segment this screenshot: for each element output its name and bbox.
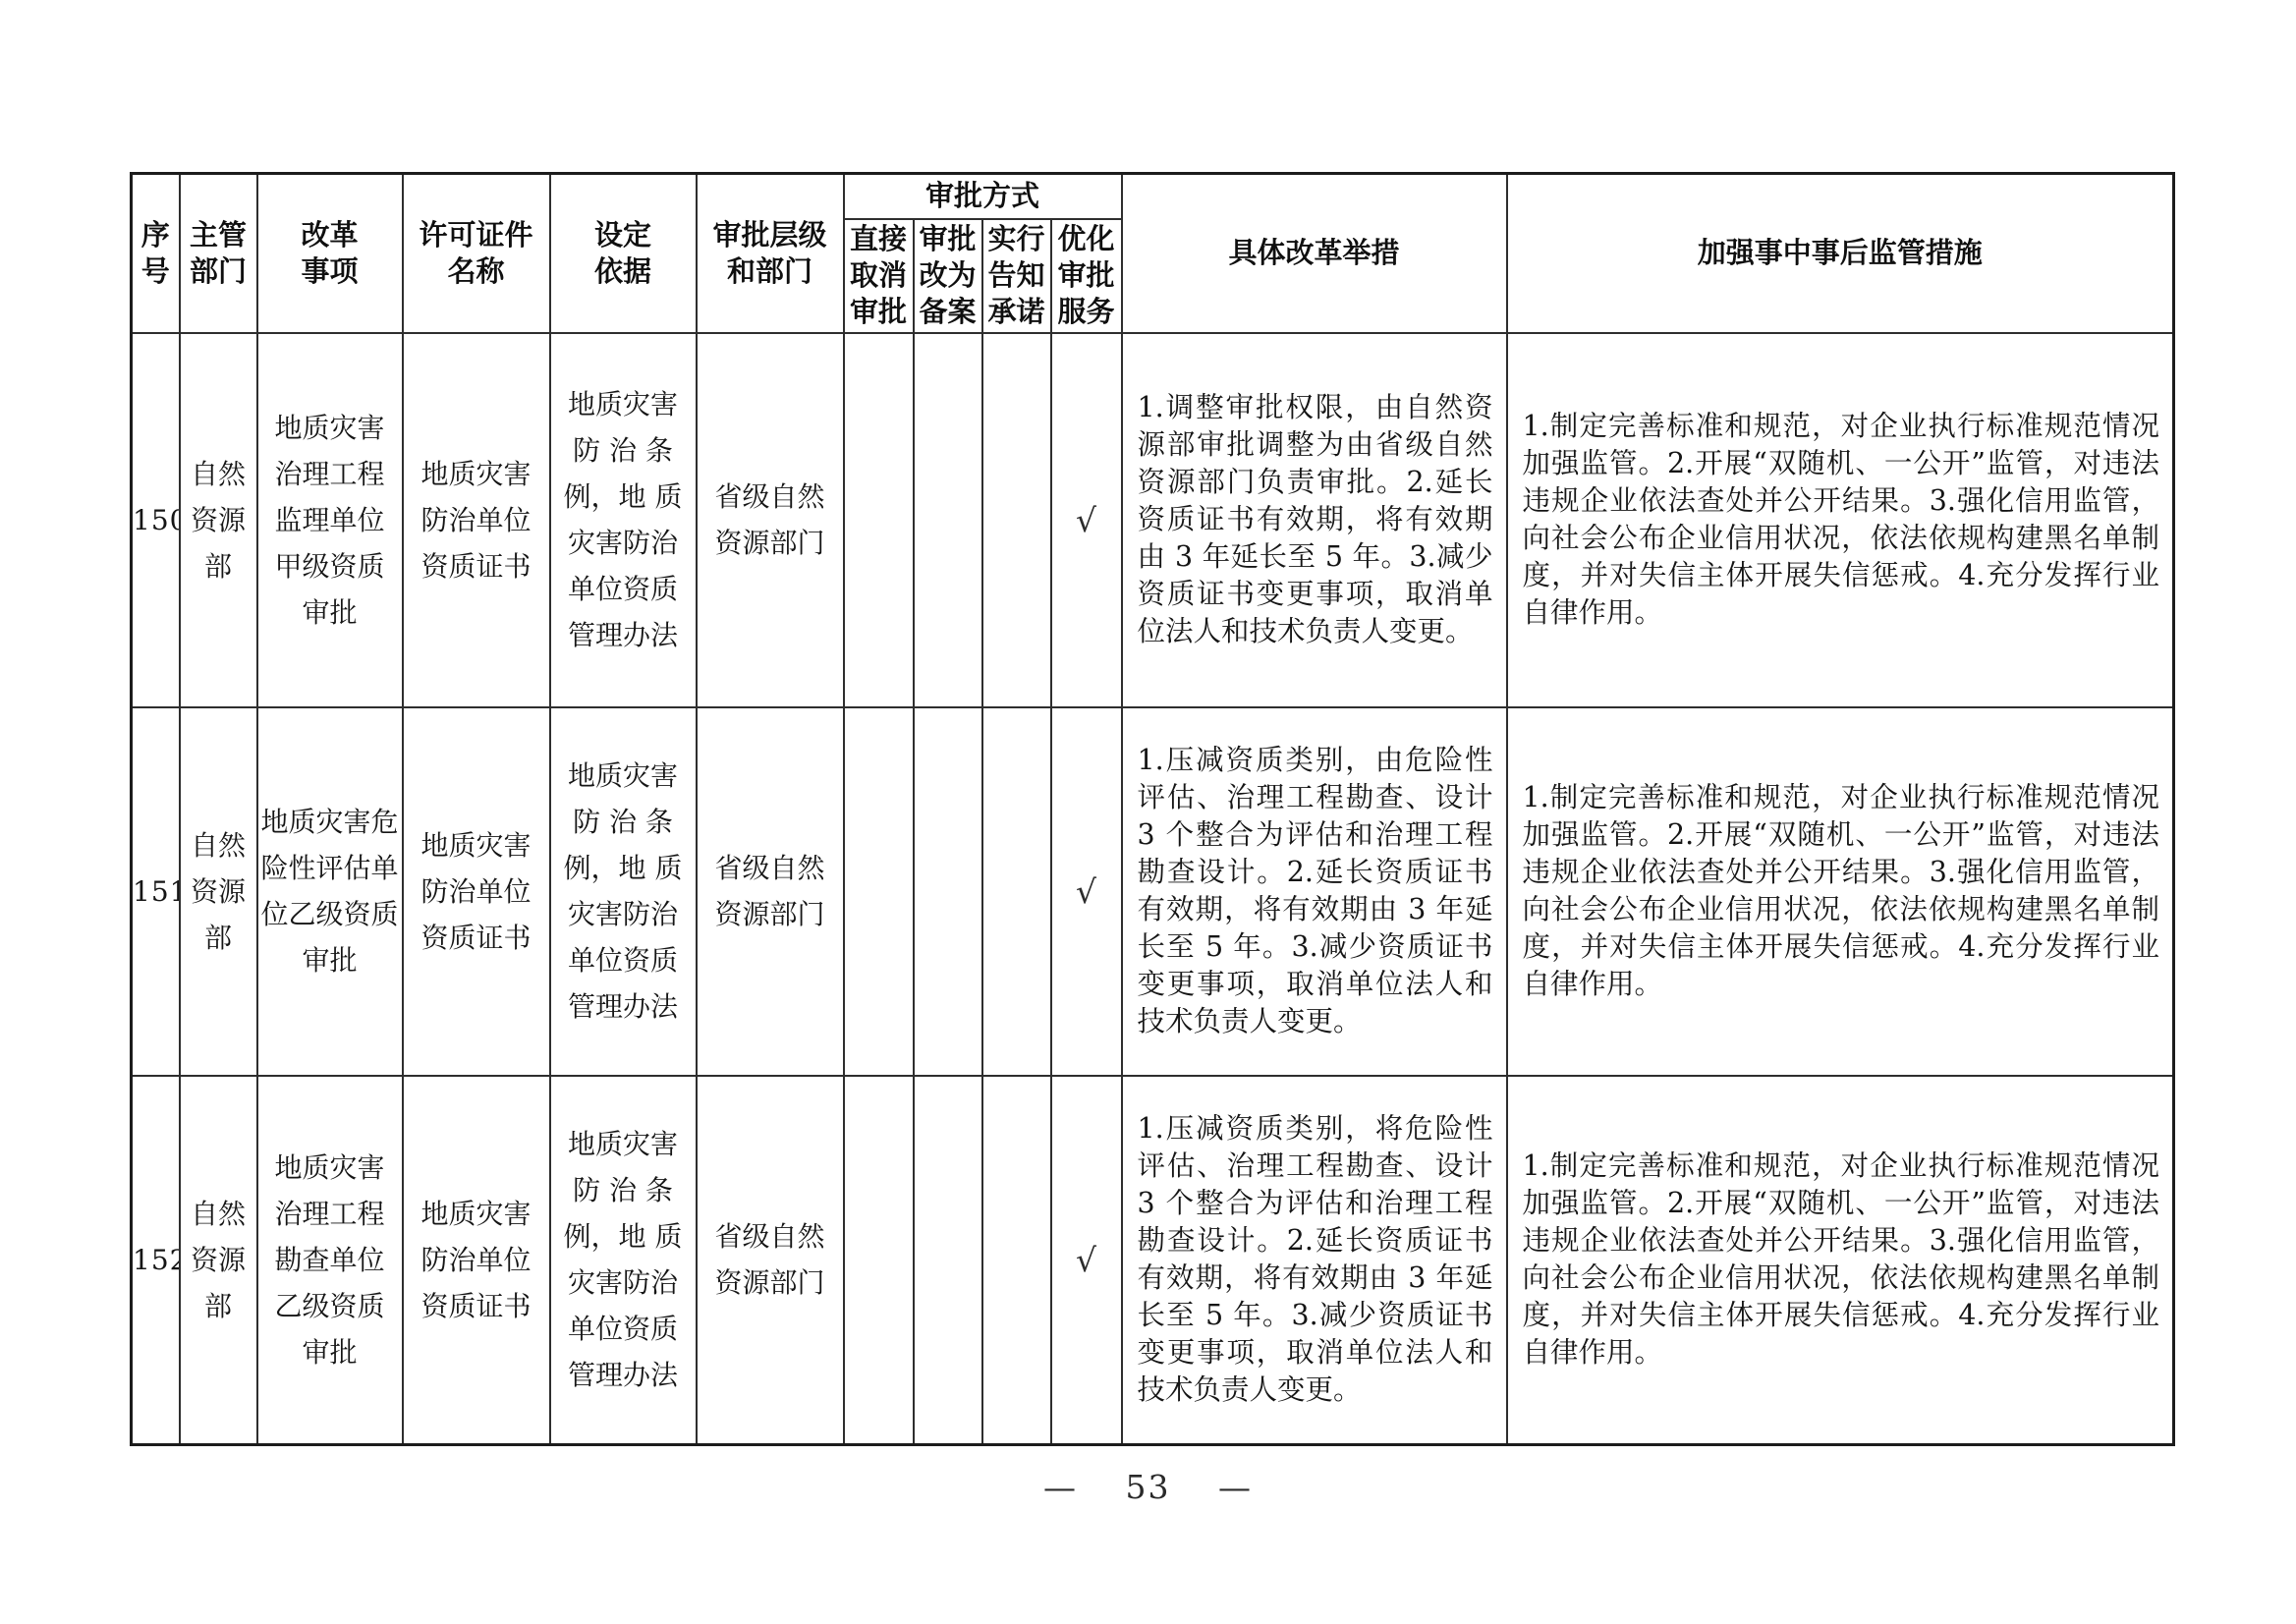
col-header-measures: 具体改革举措 [1122, 174, 1507, 333]
cell-cert-name: 地质灾害 防治单位 资质证书 [403, 333, 550, 707]
cell-seq: 152 [132, 1076, 180, 1445]
cell-basis: 地质灾害 防 治 条 例，地 质 灾害防治 单位资质 管理办法 [550, 707, 697, 1076]
cell-optimize-service-checkmark: √ [1051, 1076, 1122, 1445]
table-row: 151 自然资源部 地质灾害危 险性评估单 位乙级资质 审批 地质灾害 防治单位… [132, 707, 2174, 1076]
cell-seq: 150 [132, 333, 180, 707]
cell-cert-name: 地质灾害 防治单位 资质证书 [403, 707, 550, 1076]
col-header-basis: 设定 依据 [550, 174, 697, 333]
col-header-change-to-filing: 审批 改为 备案 [914, 219, 982, 333]
cell-direct-cancel [844, 333, 914, 707]
reform-items-table: 序 号 主管 部门 改革 事项 许可证件 名称 设定 依据 审批层级 和部门 审… [130, 172, 2175, 1446]
col-header-notify-commitment: 实行 告知 承诺 [982, 219, 1051, 333]
col-header-direct-cancel: 直接 取消 审批 [844, 219, 914, 333]
col-header-reform-item: 改革 事项 [257, 174, 403, 333]
col-header-cert-name: 许可证件 名称 [403, 174, 550, 333]
col-header-optimize-service: 优化 审批 服务 [1051, 219, 1122, 333]
col-header-seq: 序 号 [132, 174, 180, 333]
cell-supervision: 1.制定完善标准和规范，对企业执行标准规范情况加强监管。2.开展“双随机、一公开… [1507, 333, 2174, 707]
cell-basis: 地质灾害 防 治 条 例，地 质 灾害防治 单位资质 管理办法 [550, 1076, 697, 1445]
cell-cert-name: 地质灾害 防治单位 资质证书 [403, 1076, 550, 1445]
cell-change-to-filing [914, 333, 982, 707]
cell-seq: 151 [132, 707, 180, 1076]
cell-change-to-filing [914, 707, 982, 1076]
cell-optimize-service-checkmark: √ [1051, 707, 1122, 1076]
cell-notify-commitment [982, 1076, 1051, 1445]
cell-reform-item: 地质灾害 治理工程 监理单位 甲级资质 审批 [257, 333, 403, 707]
cell-notify-commitment [982, 333, 1051, 707]
cell-dept: 自然资源部 [180, 333, 257, 707]
cell-notify-commitment [982, 707, 1051, 1076]
cell-supervision: 1.制定完善标准和规范，对企业执行标准规范情况加强监管。2.开展“双随机、一公开… [1507, 707, 2174, 1076]
cell-level-dept: 省级自然 资源部门 [697, 1076, 844, 1445]
cell-optimize-service-checkmark: √ [1051, 333, 1122, 707]
cell-measures: 1.压减资质类别，将危险性评估、治理工程勘查、设计 3 个整合为评估和治理工程勘… [1122, 1076, 1507, 1445]
cell-measures: 1.调整审批权限，由自然资源部审批调整为由省级自然资源部门负责审批。2.延长资质… [1122, 333, 1507, 707]
cell-reform-item: 地质灾害危 险性评估单 位乙级资质 审批 [257, 707, 403, 1076]
cell-change-to-filing [914, 1076, 982, 1445]
cell-reform-item: 地质灾害 治理工程 勘查单位 乙级资质 审批 [257, 1076, 403, 1445]
cell-direct-cancel [844, 707, 914, 1076]
cell-dept: 自然资源部 [180, 1076, 257, 1445]
page-number: — 53 — [0, 1468, 2296, 1506]
col-header-level-dept: 审批层级 和部门 [697, 174, 844, 333]
col-header-dept: 主管 部门 [180, 174, 257, 333]
cell-level-dept: 省级自然 资源部门 [697, 707, 844, 1076]
cell-direct-cancel [844, 1076, 914, 1445]
table-row: 150 自然资源部 地质灾害 治理工程 监理单位 甲级资质 审批 地质灾害 防治… [132, 333, 2174, 707]
header-row-group: 序 号 主管 部门 改革 事项 许可证件 名称 设定 依据 审批层级 和部门 审… [132, 174, 2174, 219]
cell-dept: 自然资源部 [180, 707, 257, 1076]
cell-supervision: 1.制定完善标准和规范，对企业执行标准规范情况加强监管。2.开展“双随机、一公开… [1507, 1076, 2174, 1445]
col-header-supervision: 加强事中事后监管措施 [1507, 174, 2174, 333]
cell-level-dept: 省级自然 资源部门 [697, 333, 844, 707]
table-row: 152 自然资源部 地质灾害 治理工程 勘查单位 乙级资质 审批 地质灾害 防治… [132, 1076, 2174, 1445]
cell-measures: 1.压减资质类别，由危险性评估、治理工程勘查、设计 3 个整合为评估和治理工程勘… [1122, 707, 1507, 1076]
document-page: 序 号 主管 部门 改革 事项 许可证件 名称 设定 依据 审批层级 和部门 审… [0, 0, 2296, 1624]
cell-basis: 地质灾害 防 治 条 例，地 质 灾害防治 单位资质 管理办法 [550, 333, 697, 707]
col-header-approval-method-group: 审批方式 [844, 174, 1122, 219]
